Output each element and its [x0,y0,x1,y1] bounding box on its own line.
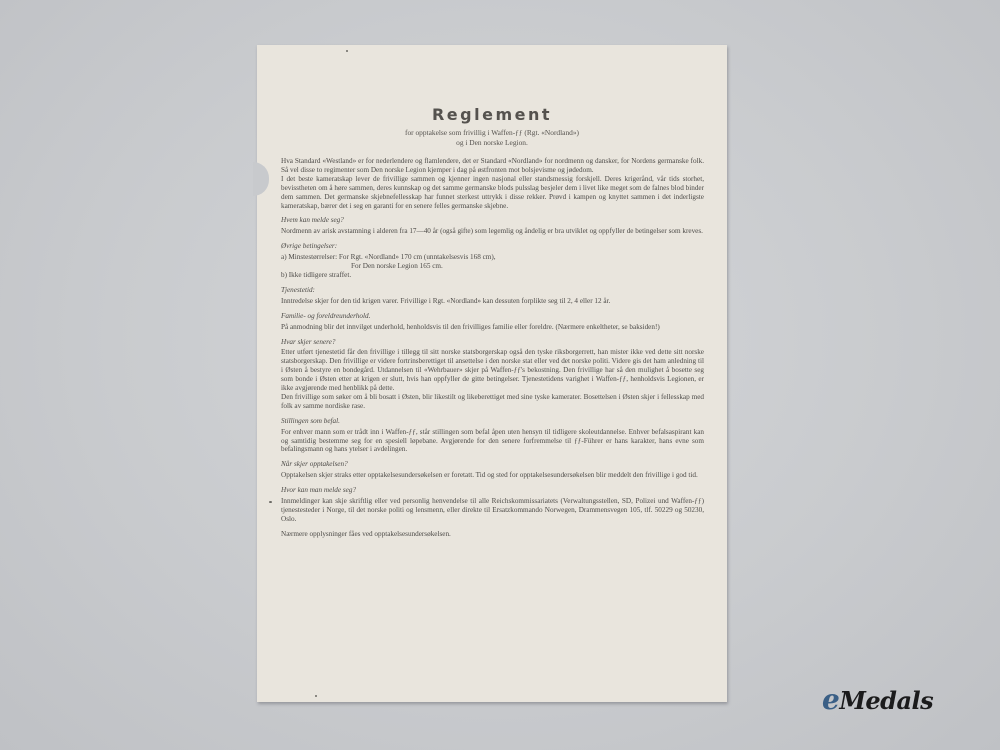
paper-speck [346,50,348,52]
section-heading-who: Hvem kan melde seg? [281,216,704,225]
paper-notch [253,162,269,196]
section-heading-officer: Stillingen som befal. [281,417,704,426]
section-text-when: Opptakelsen skjer straks etter opptakels… [281,471,704,480]
document-subtitle: for opptakelse som frivillig i Waffen-ƒƒ… [257,128,727,148]
condition-item-b: b) Ikke tidligere straffet. [281,271,704,280]
section-text-officer: For enhver mann som er trådt inn i Waffe… [281,428,704,455]
section-heading-conditions: Øvrige betingelser: [281,242,704,251]
section-heading-where: Hvor kan man melde seg? [281,486,704,495]
paper-speck [269,501,272,503]
section-text-later-2: Den frivillige som søker om å bli bosatt… [281,393,704,411]
section-heading-family: Familie- og foreldreunderhold. [281,312,704,321]
watermark-name: Medals [839,686,933,715]
section-text-later: Etter utført tjenestetid får den frivill… [281,348,704,393]
condition-item-a: a) Minstestørrelser: For Rgt. «Nordland»… [281,253,704,271]
paper-speck [315,695,317,697]
section-heading-later: Hvar skjer senere? [281,338,704,347]
section-heading-service: Tjenestetid: [281,286,704,295]
section-text-service: Inntredelse skjer for den tid krigen var… [281,297,704,306]
closing-line: Nærmere opplysninger fåes ved opptakelse… [281,530,704,539]
document-title: Reglement [257,105,727,124]
section-text-family: På anmodning blir det innvilget underhol… [281,323,704,332]
document-body: Hva Standard «Westland» er for nederlend… [281,157,704,539]
watermark-prefix: e [822,683,839,716]
emedals-watermark: eMedals [822,683,933,716]
intro-paragraph-1: Hva Standard «Westland» er for nederlend… [281,157,704,175]
intro-paragraph-2: I det beste kameratskap lever de frivill… [281,175,704,211]
section-text-who: Nordmenn av arisk avstamning i alderen f… [281,227,704,236]
document-sheet: Reglement for opptakelse som frivillig i… [257,45,727,702]
section-heading-when: Når skjer opptakelsen? [281,460,704,469]
section-text-where: Innmeldinger kan skje skriftlig eller ve… [281,497,704,524]
